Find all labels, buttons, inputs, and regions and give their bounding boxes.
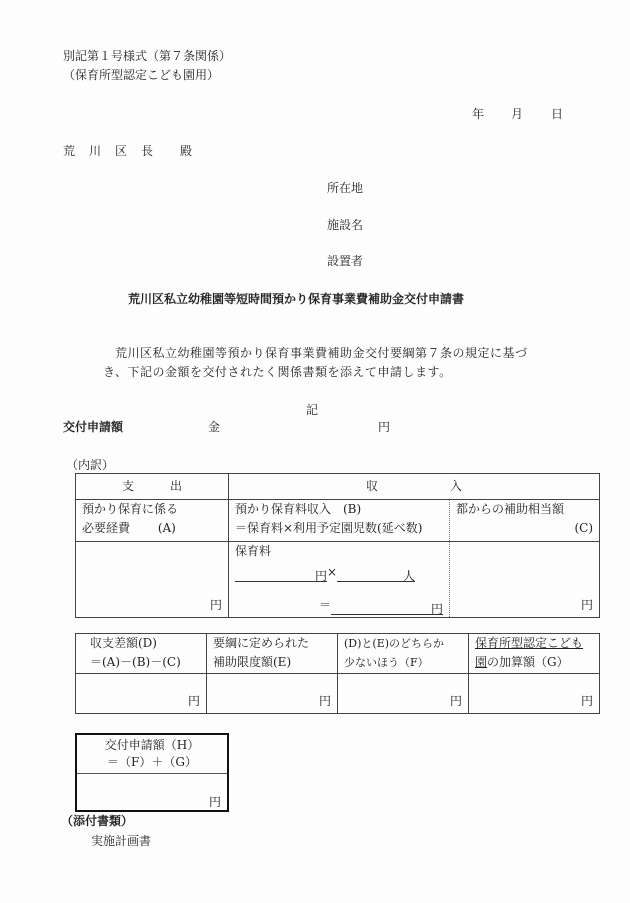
form-variant: （保育所型認定こども園用） xyxy=(63,66,219,83)
col-b-amount-cell[interactable]: 保育料 円×円×人 ＝円 xyxy=(229,542,450,618)
kin-label: 金 xyxy=(208,418,220,435)
body-text-line2: き、下記の金額を交付されたく関係書類を添えて申請します。 xyxy=(103,363,452,380)
subsidy-calculation-table: 収支差額(D) ＝(A)－(B)－(C) 要綱に定められた 補助限度額(E) (… xyxy=(75,633,600,714)
col-f-amount-cell[interactable]: 円 xyxy=(338,674,469,714)
h-box-header: 交付申請額（H） ＝（F）＋（G） xyxy=(77,735,227,774)
fee-total-field[interactable]: 円 xyxy=(331,600,443,615)
col-b-header: 預かり保育料収入 (B) ＝保育料×利用予定園児数(延べ数) xyxy=(229,500,450,542)
document-title: 荒川区私立幼稚園等短時間預かり保育事業費補助金交付申請書 xyxy=(128,290,464,307)
col-d-header: 収支差額(D) ＝(A)－(B)－(C) xyxy=(76,634,207,674)
fee-label: 保育料 xyxy=(235,542,443,561)
col-g-header: 保育所型認定こども 園の加算額（G） xyxy=(469,634,600,674)
expense-header: 支 出 xyxy=(76,474,229,500)
col-e-amount-cell[interactable]: 円 xyxy=(207,674,338,714)
col-g-amount-cell[interactable]: 円 xyxy=(469,674,600,714)
col-c-header: 都からの補助相当額 (C) xyxy=(450,500,600,542)
form-number: 別記第１号様式（第７条関係） xyxy=(63,47,231,64)
col-c-amount-cell[interactable]: 円 xyxy=(450,542,600,618)
yen-unit: 円 xyxy=(210,596,222,615)
addressee: 荒 川 区 長 殿 xyxy=(63,142,193,159)
yen-unit: 円 xyxy=(581,596,593,615)
application-amount-label: 交付申請額 xyxy=(63,418,123,435)
col-e-header: 要綱に定められた 補助限度額(E) xyxy=(207,634,338,674)
facility-name-label: 施設名 xyxy=(327,216,363,233)
date-year-label: 年 xyxy=(472,105,484,122)
address-label: 所在地 xyxy=(327,179,363,196)
attachment-item: 実施計画書 xyxy=(91,832,151,849)
ki-note: 記 xyxy=(306,401,318,418)
col-d-amount-cell[interactable]: 円 xyxy=(76,674,207,714)
date-month-label: 月 xyxy=(511,105,523,122)
col-f-header: (D)と(E)のどちらか 少ないほう（F） xyxy=(338,634,469,674)
body-text-line1: 荒川区私立幼稚園等預かり保育事業費補助金交付要綱第７条の規定に基づ xyxy=(115,344,528,361)
children-count-field[interactable]: 人 xyxy=(337,567,415,582)
date-day-label: 日 xyxy=(551,105,563,122)
income-header: 収 入 xyxy=(229,474,600,500)
fee-amount-field[interactable]: 円×円 xyxy=(235,567,327,582)
income-expense-table: 支 出 収 入 預かり保育に係る 必要経費 (A) 預かり保育料収入 (B) ＝… xyxy=(75,473,600,618)
h-amount-cell[interactable]: 円 xyxy=(77,774,227,811)
col-a-amount-cell[interactable]: 円 xyxy=(76,542,229,618)
breakdown-label: （内訳） xyxy=(66,456,114,473)
col-a-header: 預かり保育に係る 必要経費 (A) xyxy=(76,500,229,542)
founder-label: 設置者 xyxy=(327,252,363,269)
attachments-label: （添付書類） xyxy=(61,812,133,829)
application-amount-h-box: 交付申請額（H） ＝（F）＋（G） 円 xyxy=(75,733,229,812)
application-amount-yen: 円 xyxy=(378,418,390,435)
